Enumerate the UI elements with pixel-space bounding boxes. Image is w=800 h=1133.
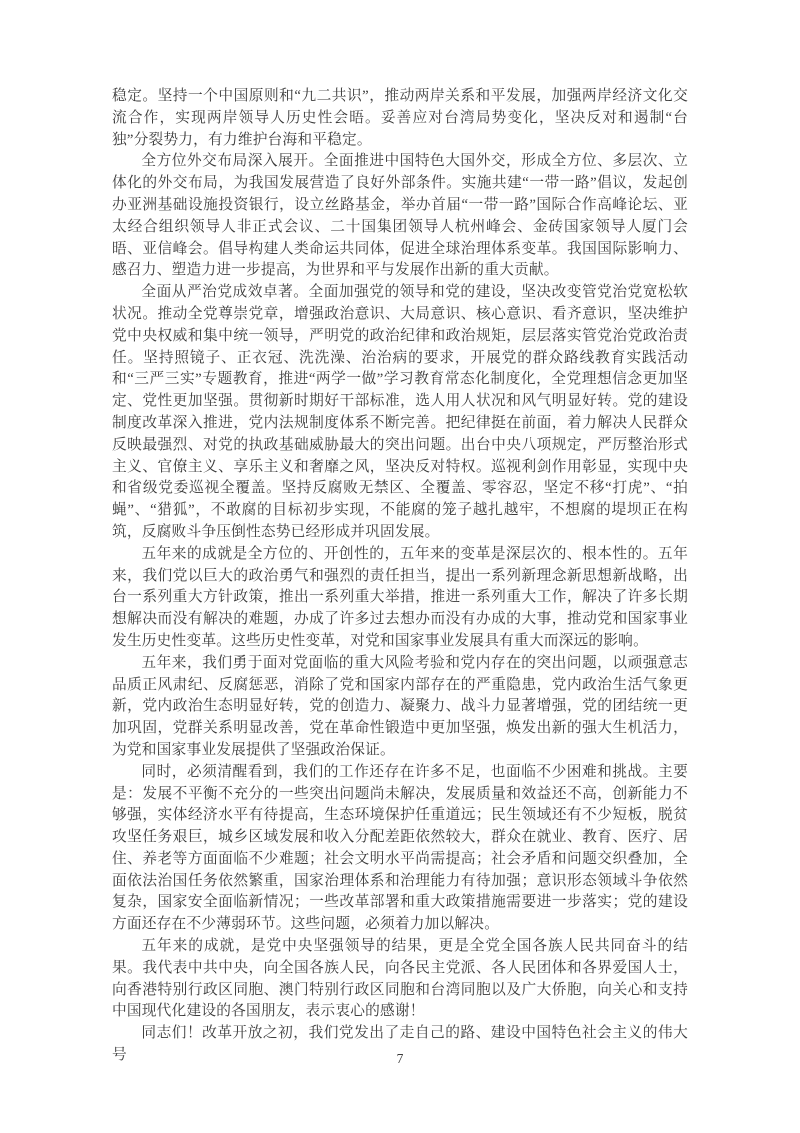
paragraph: 全面从严治党成效卓著。全面加强党的领导和党的建设，坚决改变管党治党宽松软状况。推… — [112, 282, 688, 544]
document-body: 稳定。坚持一个中国原则和“九二共识”，推动两岸关系和平发展，加强两岸经济文化交流… — [112, 86, 688, 1067]
page-number: 7 — [0, 1051, 800, 1067]
paragraph-continuation: 稳定。坚持一个中国原则和“九二共识”，推动两岸关系和平发展，加强两岸经济文化交流… — [112, 86, 688, 151]
paragraph: 五年来，我们勇于面对党面临的重大风险考验和党内存在的突出问题，以顽强意志品质正风… — [112, 653, 688, 762]
paragraph: 五年来的成就，是党中央坚强领导的结果，更是全党全国各族人民共同奋斗的结果。我代表… — [112, 936, 688, 1023]
document-page: 稳定。坚持一个中国原则和“九二共识”，推动两岸关系和平发展，加强两岸经济文化交流… — [0, 0, 800, 1133]
paragraph: 五年来的成就是全方位的、开创性的，五年来的变革是深层次的、根本性的。五年来，我们… — [112, 544, 688, 653]
paragraph: 同时，必须清醒看到，我们的工作还存在许多不足，也面临不少困难和挑战。主要是：发展… — [112, 762, 688, 936]
paragraph: 全方位外交布局深入展开。全面推进中国特色大国外交，形成全方位、多层次、立体化的外… — [112, 151, 688, 282]
